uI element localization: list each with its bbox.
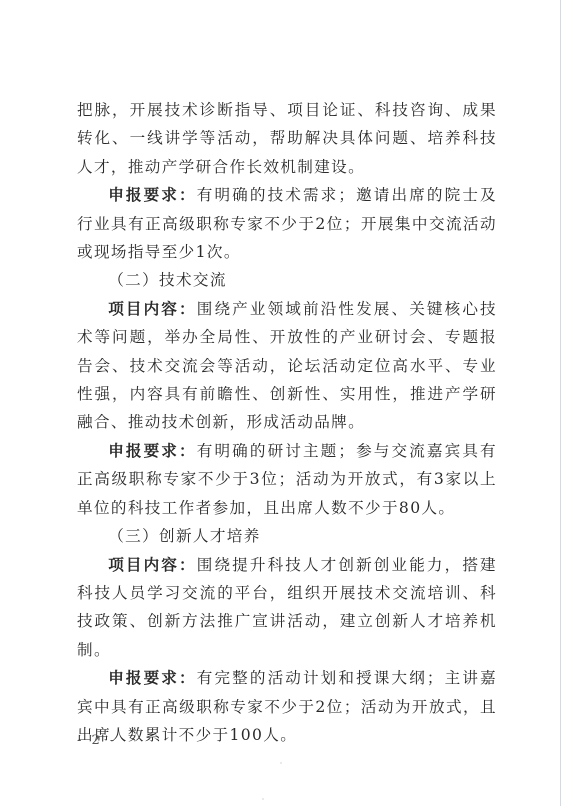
paragraph-lead: 项目内容： bbox=[108, 299, 197, 318]
scan-speck bbox=[262, 798, 264, 800]
page-number: - 2 - bbox=[77, 733, 117, 748]
heading-text: （二）技术交流 bbox=[108, 271, 227, 289]
heading-text: （三）创新人才培养 bbox=[108, 527, 261, 545]
paragraph-lead: 申报要求： bbox=[108, 441, 197, 460]
section-heading-technical-exchange: （二）技术交流 bbox=[77, 266, 497, 294]
section-heading-talent-training: （三）创新人才培养 bbox=[77, 522, 497, 550]
paragraph-requirement-2: 申报要求：有明确的研讨主题；参与交流嘉宾具有正高级职称专家不少于3位；活动为开放… bbox=[77, 437, 497, 522]
paragraph-continuation: 把脉，开展技术诊断指导、项目论证、科技咨询、成果转化、一线讲学等活动，帮助解决具… bbox=[77, 96, 497, 181]
paragraph-text: 围绕产业领域前沿性发展、关键核心技术等问题，举办全局性、开放性的产业研讨会、专题… bbox=[77, 300, 497, 432]
paragraph-content-3: 项目内容：围绕提升科技人才创新创业能力，搭建科技人员学习交流的平台，组织开展技术… bbox=[77, 551, 497, 665]
scan-speck bbox=[280, 762, 282, 764]
scan-edge-line bbox=[560, 0, 561, 806]
paragraph-requirement-3: 申报要求：有完整的活动计划和授课大纲；主讲嘉宾中具有正高级职称专家不少于2位；活… bbox=[77, 664, 497, 749]
paragraph-lead: 申报要求： bbox=[108, 185, 197, 204]
paragraph-lead: 项目内容： bbox=[108, 555, 197, 574]
paragraph-requirement-1: 申报要求：有明确的技术需求；邀请出席的院士及行业具有正高级职称专家不少于2位；开… bbox=[77, 181, 497, 266]
paragraph-text: 把脉，开展技术诊断指导、项目论证、科技咨询、成果转化、一线讲学等活动，帮助解决具… bbox=[77, 101, 497, 176]
paragraph-content-2: 项目内容：围绕产业领域前沿性发展、关键核心技术等问题，举办全局性、开放性的产业研… bbox=[77, 295, 497, 437]
paragraph-lead: 申报要求： bbox=[108, 668, 197, 687]
document-page: 把脉，开展技术诊断指导、项目论证、科技咨询、成果转化、一线讲学等活动，帮助解决具… bbox=[0, 0, 571, 806]
document-body: 把脉，开展技术诊断指导、项目论证、科技咨询、成果转化、一线讲学等活动，帮助解决具… bbox=[77, 96, 497, 749]
